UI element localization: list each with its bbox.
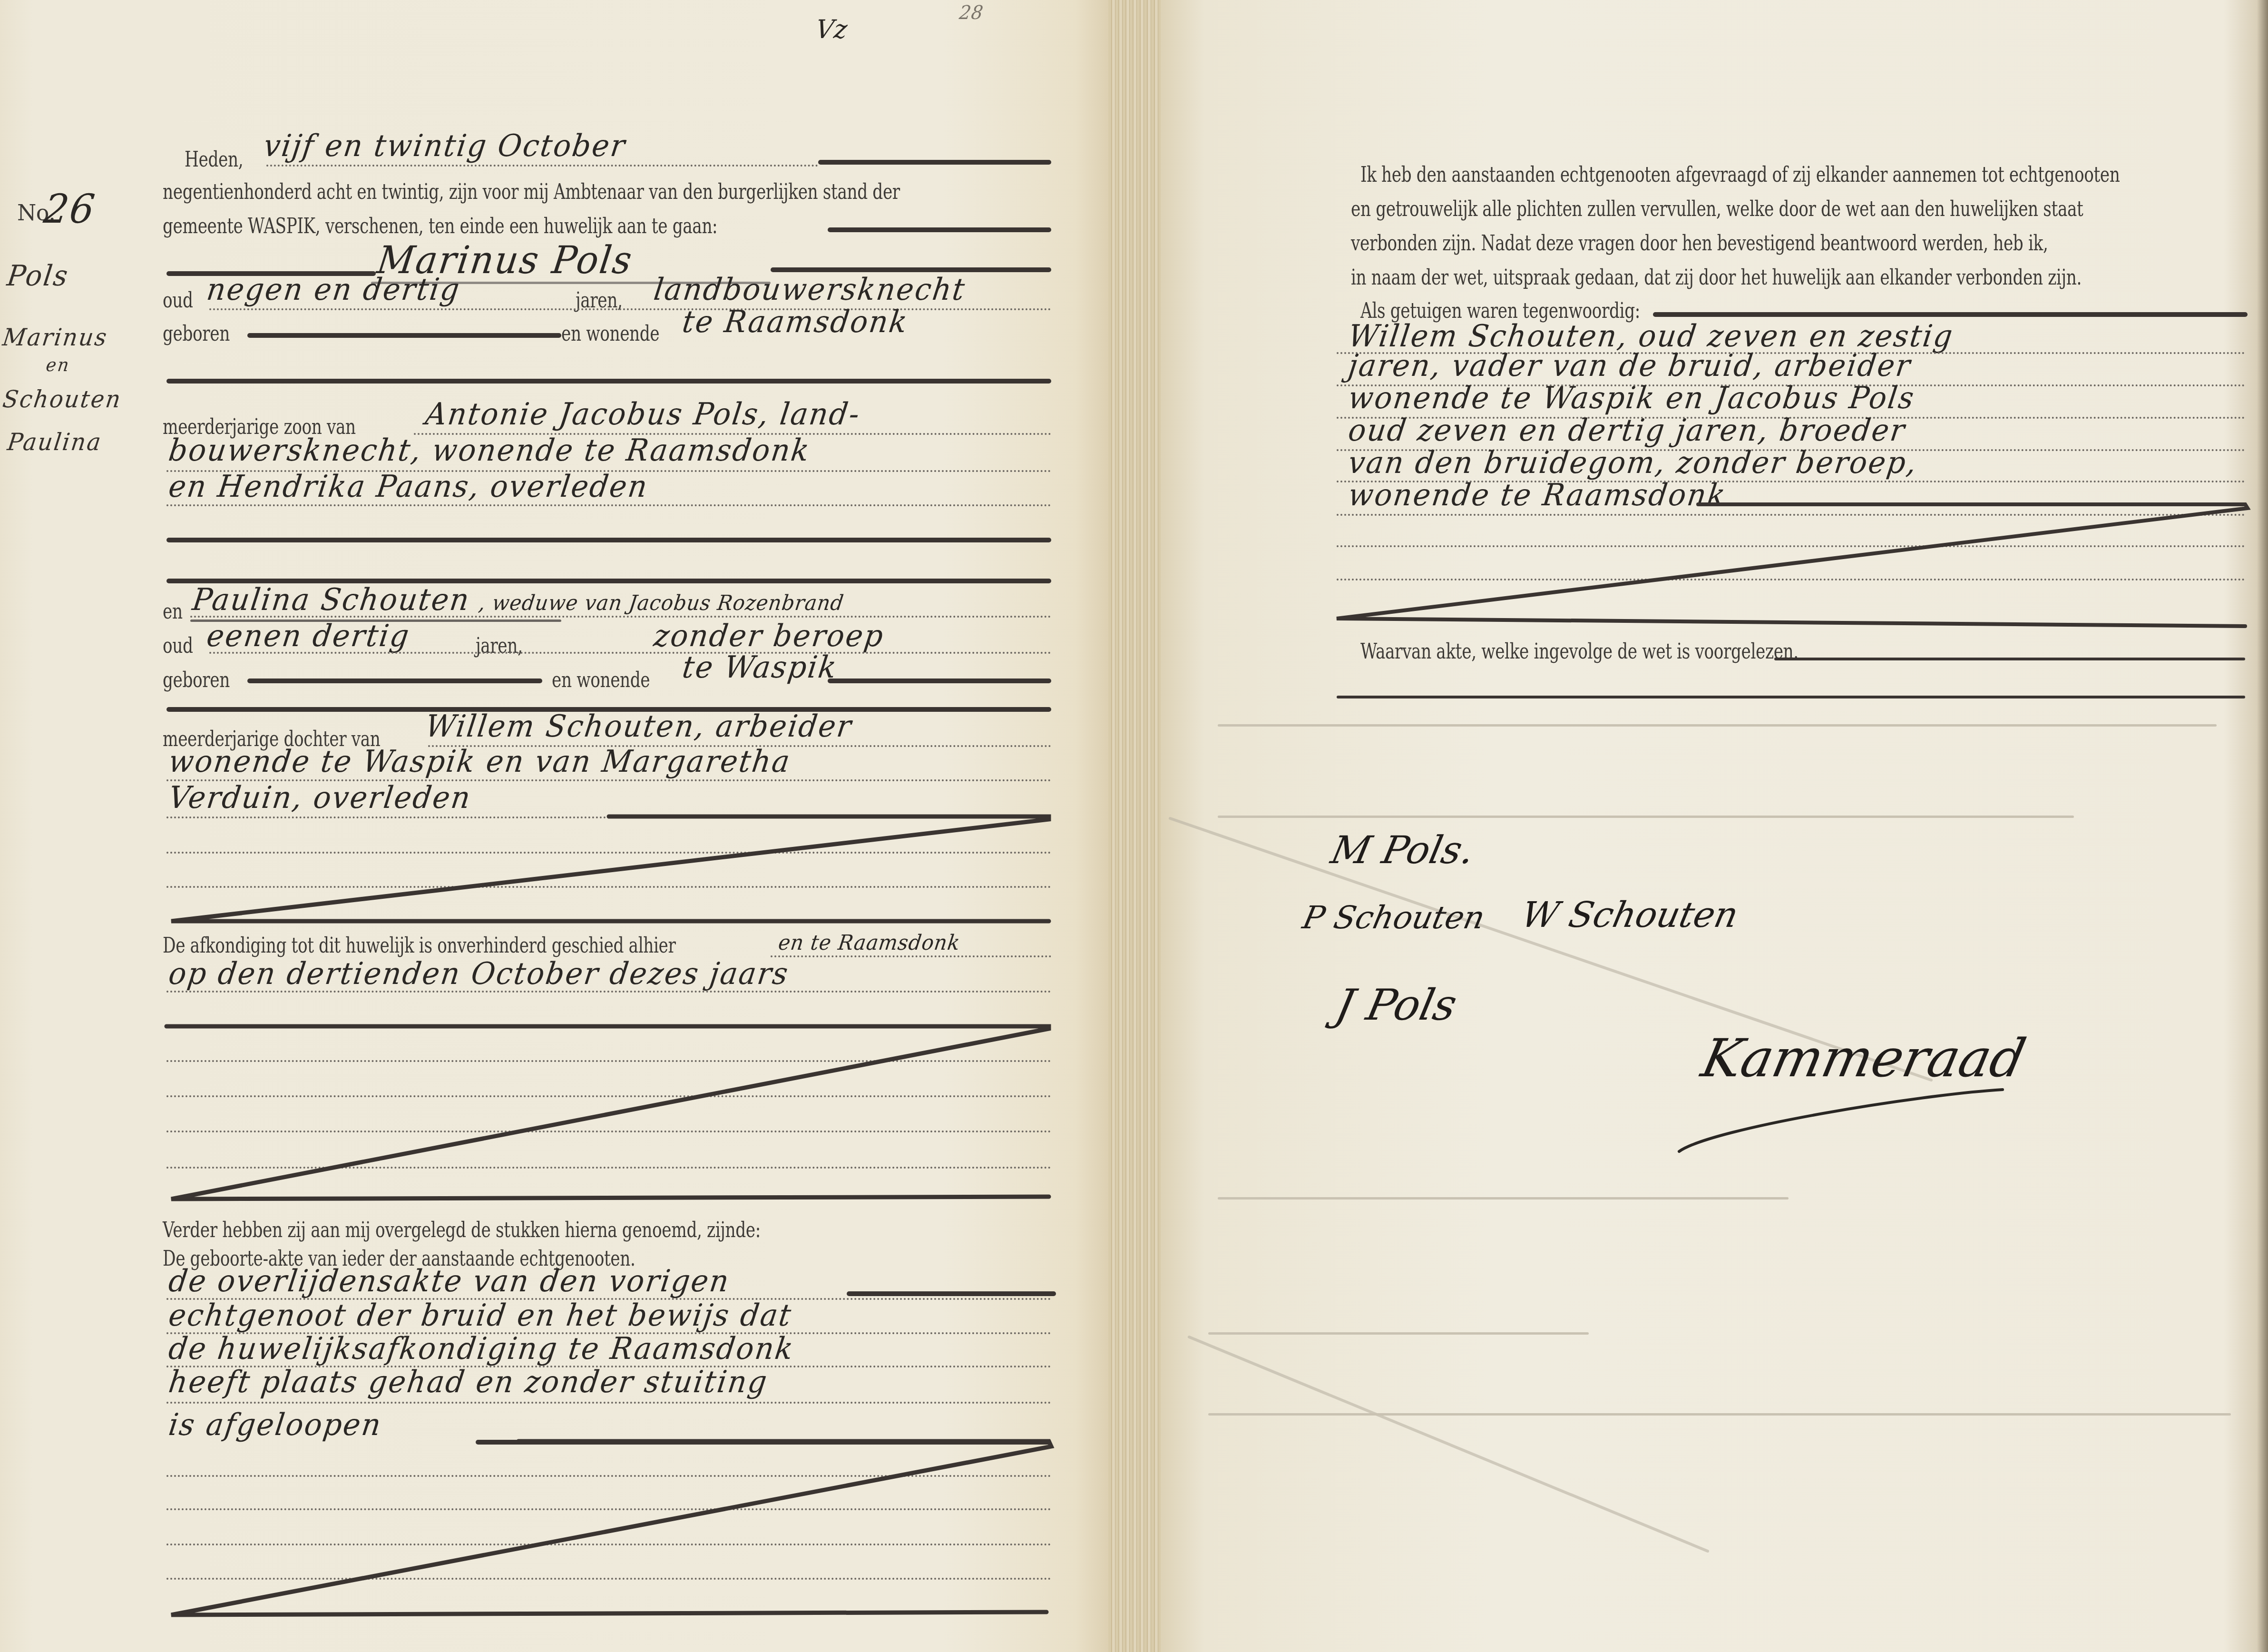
left-page: Vz 28 No. 26 Pols Marinus en Schouten Pa…: [0, 0, 1108, 1652]
book-gutter: [1108, 0, 1161, 1652]
strike-through-lines: [0, 0, 1108, 1652]
registrar-flourish: [1161, 0, 2268, 1652]
right-page: Ik heb den aanstaanden echtgenooten afge…: [1161, 0, 2268, 1652]
